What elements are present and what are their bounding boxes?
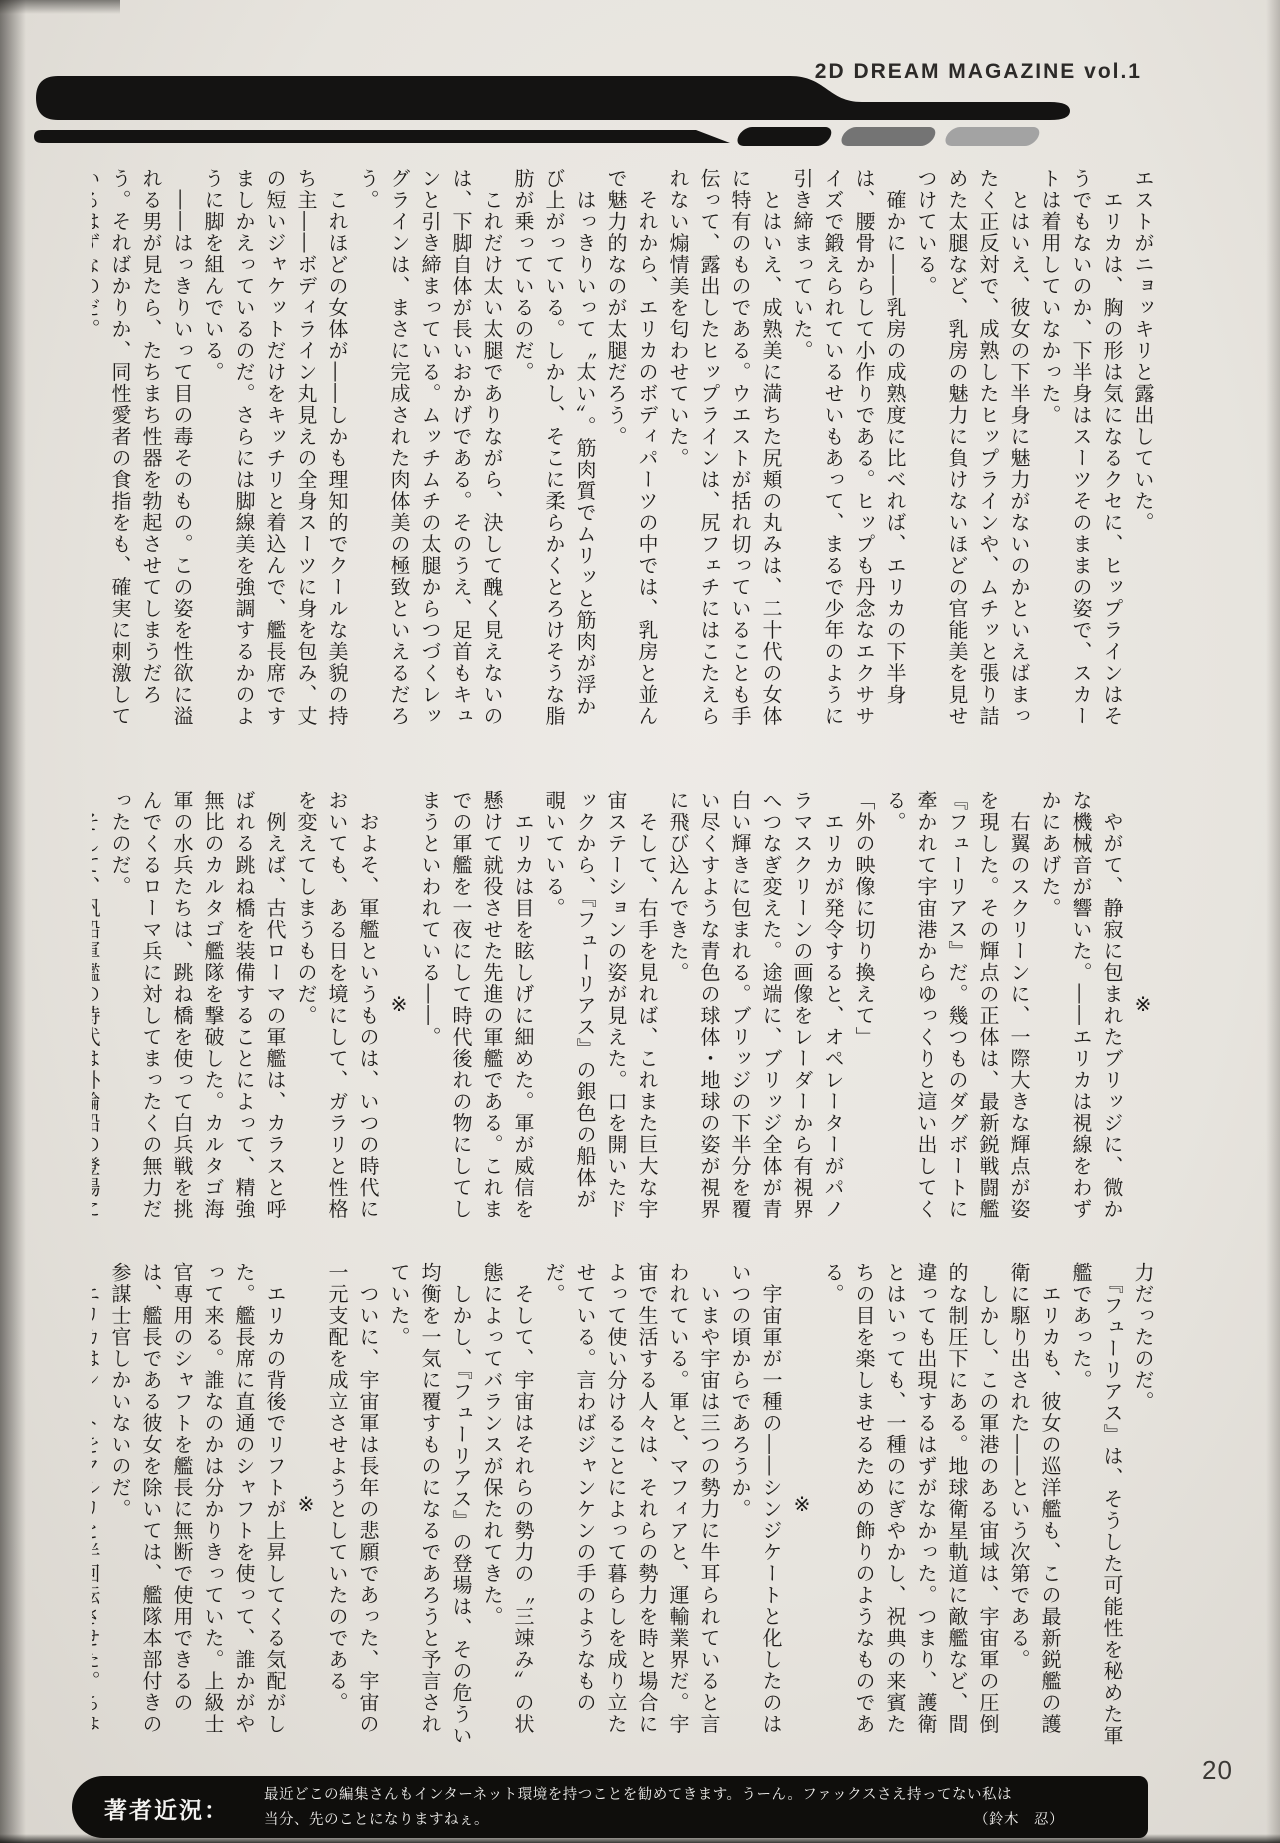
paragraph: 力だったのだ。 <box>1127 1262 1158 1748</box>
paragraph: そして、帆船軍艦の時代は外輪船の登場によって終焉を迎え、外輪船は早々とスクリュー… <box>92 790 104 1220</box>
paragraph: これだけ太い太腿でありながら、決して醜く見えないのは、下脚自体が長いおかげである… <box>352 168 507 728</box>
swoosh-underline-shape <box>34 130 730 143</box>
author-note-label: 著者近況： <box>104 1792 229 1825</box>
paragraph: そして、右手を見れば、これまた巨大な宇宙ステーションの姿が見えた。口を開いたドッ… <box>538 790 662 1220</box>
paragraph: エリカは、胸の形は気になるクセに、ヒップラインはそうでもないのか、下半身はスーツ… <box>1034 168 1127 728</box>
author-note-text: 最近どこの編集さんもインターネット環境を持つことを勧めてきます。うーん。ファック… <box>264 1783 1124 1833</box>
section-marker: ※ <box>786 1262 817 1748</box>
paragraph: これほどの女体が――しかも理知的でクールな美貌の持ち主――ボディライン丸見えの全… <box>197 168 352 728</box>
paragraph: エリカが発令すると、オペレーターがパノラマスクリーンの画像をレーダーから有視界へ… <box>662 790 848 1220</box>
scan-edge-left <box>0 0 26 1843</box>
paragraph: エストがニョッキリと露出していた。 <box>1127 168 1158 728</box>
magazine-page: { "header": { "magazine_title": "2D DREA… <box>0 0 1280 1843</box>
paragraph: 右翼のスクリーンに、一際大きな輝点が姿を現した。その輝点の正体は、最新鋭戦闘艦『… <box>879 790 1034 1220</box>
accent-bar-gray <box>838 127 938 146</box>
author-note-bar: 著者近況： 最近どこの編集さんもインターネット環境を持つことを勧めてきます。うー… <box>72 1776 1148 1838</box>
accent-bar-lightgray <box>942 127 1042 146</box>
author-note-line1: 最近どこの編集さんもインターネット環境を持つことを勧めてきます。うーん。ファック… <box>264 1783 1124 1808</box>
page-number: 20 <box>1202 1755 1233 1786</box>
paragraph: はっきりいって〝太い〟。筋肉質でムリッと筋肉が浮かび上がっている。しかし、そこに… <box>507 168 600 728</box>
text-band-top: エストがニョッキリと露出していた。 エリカは、胸の形は気になるクセに、ヒップライ… <box>92 168 1158 728</box>
paragraph: 『フューリアス』は、そうした可能性を秘めた軍艦であった。 <box>1065 1262 1127 1748</box>
paragraph: エリカの背後でリフトが上昇してくる気配がした。艦長席に直通のシャフトを使って、誰… <box>104 1262 290 1748</box>
paragraph: 「外の映像に切り換えて」 <box>848 790 879 1220</box>
paragraph: とはいえ、彼女の下半身に魅力がないのかといえばまったく正反対で、成熟したヒップラ… <box>910 168 1034 728</box>
scan-edge-right <box>1266 0 1280 1843</box>
paragraph: いまや宇宙は三つの勢力に牛耳られていると言われている。軍と、マフィアと、運輸業界… <box>538 1262 724 1748</box>
text-band-bottom: 力だったのだ。 『フューリアス』は、そうした可能性を秘めた軍艦であった。 エリカ… <box>92 1262 1158 1748</box>
section-marker: ※ <box>1127 790 1158 1220</box>
paragraph: そして、宇宙はそれらの勢力の〝三竦み〟の状態によってバランスが保たれてきた。 <box>476 1262 538 1748</box>
paragraph: ついに、宇宙軍は長年の悲願であった、宇宙の一元支配を成立させようとしていたのであ… <box>321 1262 383 1748</box>
paragraph: とはいえ、成熟美に満ちた尻頬の丸みは、二十代の女体に特有のものである。ウエストが… <box>662 168 786 728</box>
section-marker: ※ <box>290 1262 321 1748</box>
swoosh-main-shape <box>36 76 1070 120</box>
paragraph: エリカは目を眩しげに細めた。軍が威信を懸けて就役させた先進の軍艦である。これまで… <box>414 790 538 1220</box>
paragraph: それから、エリカのボディパーツの中では、乳房と並んで魅力的なのが太腿だろう。 <box>600 168 662 728</box>
paragraph: およそ、軍艦というものは、いつの時代においても、ある日を境にして、ガラリと性格を… <box>290 790 383 1220</box>
accent-bar-black <box>734 127 834 146</box>
paragraph: やがて、静寂に包まれたブリッジに、微かな機械音が響いた。――エリカは視線をわずか… <box>1034 790 1127 1220</box>
header-swoosh-bar <box>28 70 1098 155</box>
paragraph: ――はっきりいって目の毒そのもの。この姿を性欲に溢れる男が見たら、たちまち性器を… <box>92 168 197 728</box>
paragraph: しかし、『フューリアス』の登場は、その危うい均衡を一気に覆すものになるであろうと… <box>383 1262 476 1748</box>
text-band-middle: ※ やがて、静寂に包まれたブリッジに、微かな機械音が響いた。――エリカは視線をわ… <box>92 790 1158 1220</box>
paragraph: しかし、この軍港のある宙域は、宇宙軍の圧倒的な制圧下にある。地球衛星軌道に敵艦な… <box>817 1262 1003 1748</box>
paragraph: エリカも、彼女の巡洋艦も、この最新鋭艦の護衛に駆り出された――という次第である。 <box>1003 1262 1065 1748</box>
author-signature: （鈴木 忍） <box>974 1808 1064 1833</box>
author-note-line2: 当分、先のことになりますねぇ。 <box>264 1808 489 1833</box>
paragraph: エリカはシートをクルリと半回転させた。ちょうどリフトがドアの向こうに達したところ… <box>92 1262 104 1748</box>
paragraph: 確かに――乳房の成熟度に比べれば、エリカの下半身は、腰骨からして小作りである。ヒ… <box>786 168 910 728</box>
paragraph: 例えば、古代ローマの軍艦は、カラスと呼ばれる跳ね橋を装備することによって、精強無… <box>104 790 290 1220</box>
section-marker: ※ <box>383 790 414 1220</box>
paragraph: 宇宙軍が一種の――シンジケートと化したのはいつの頃からであろうか。 <box>724 1262 786 1748</box>
